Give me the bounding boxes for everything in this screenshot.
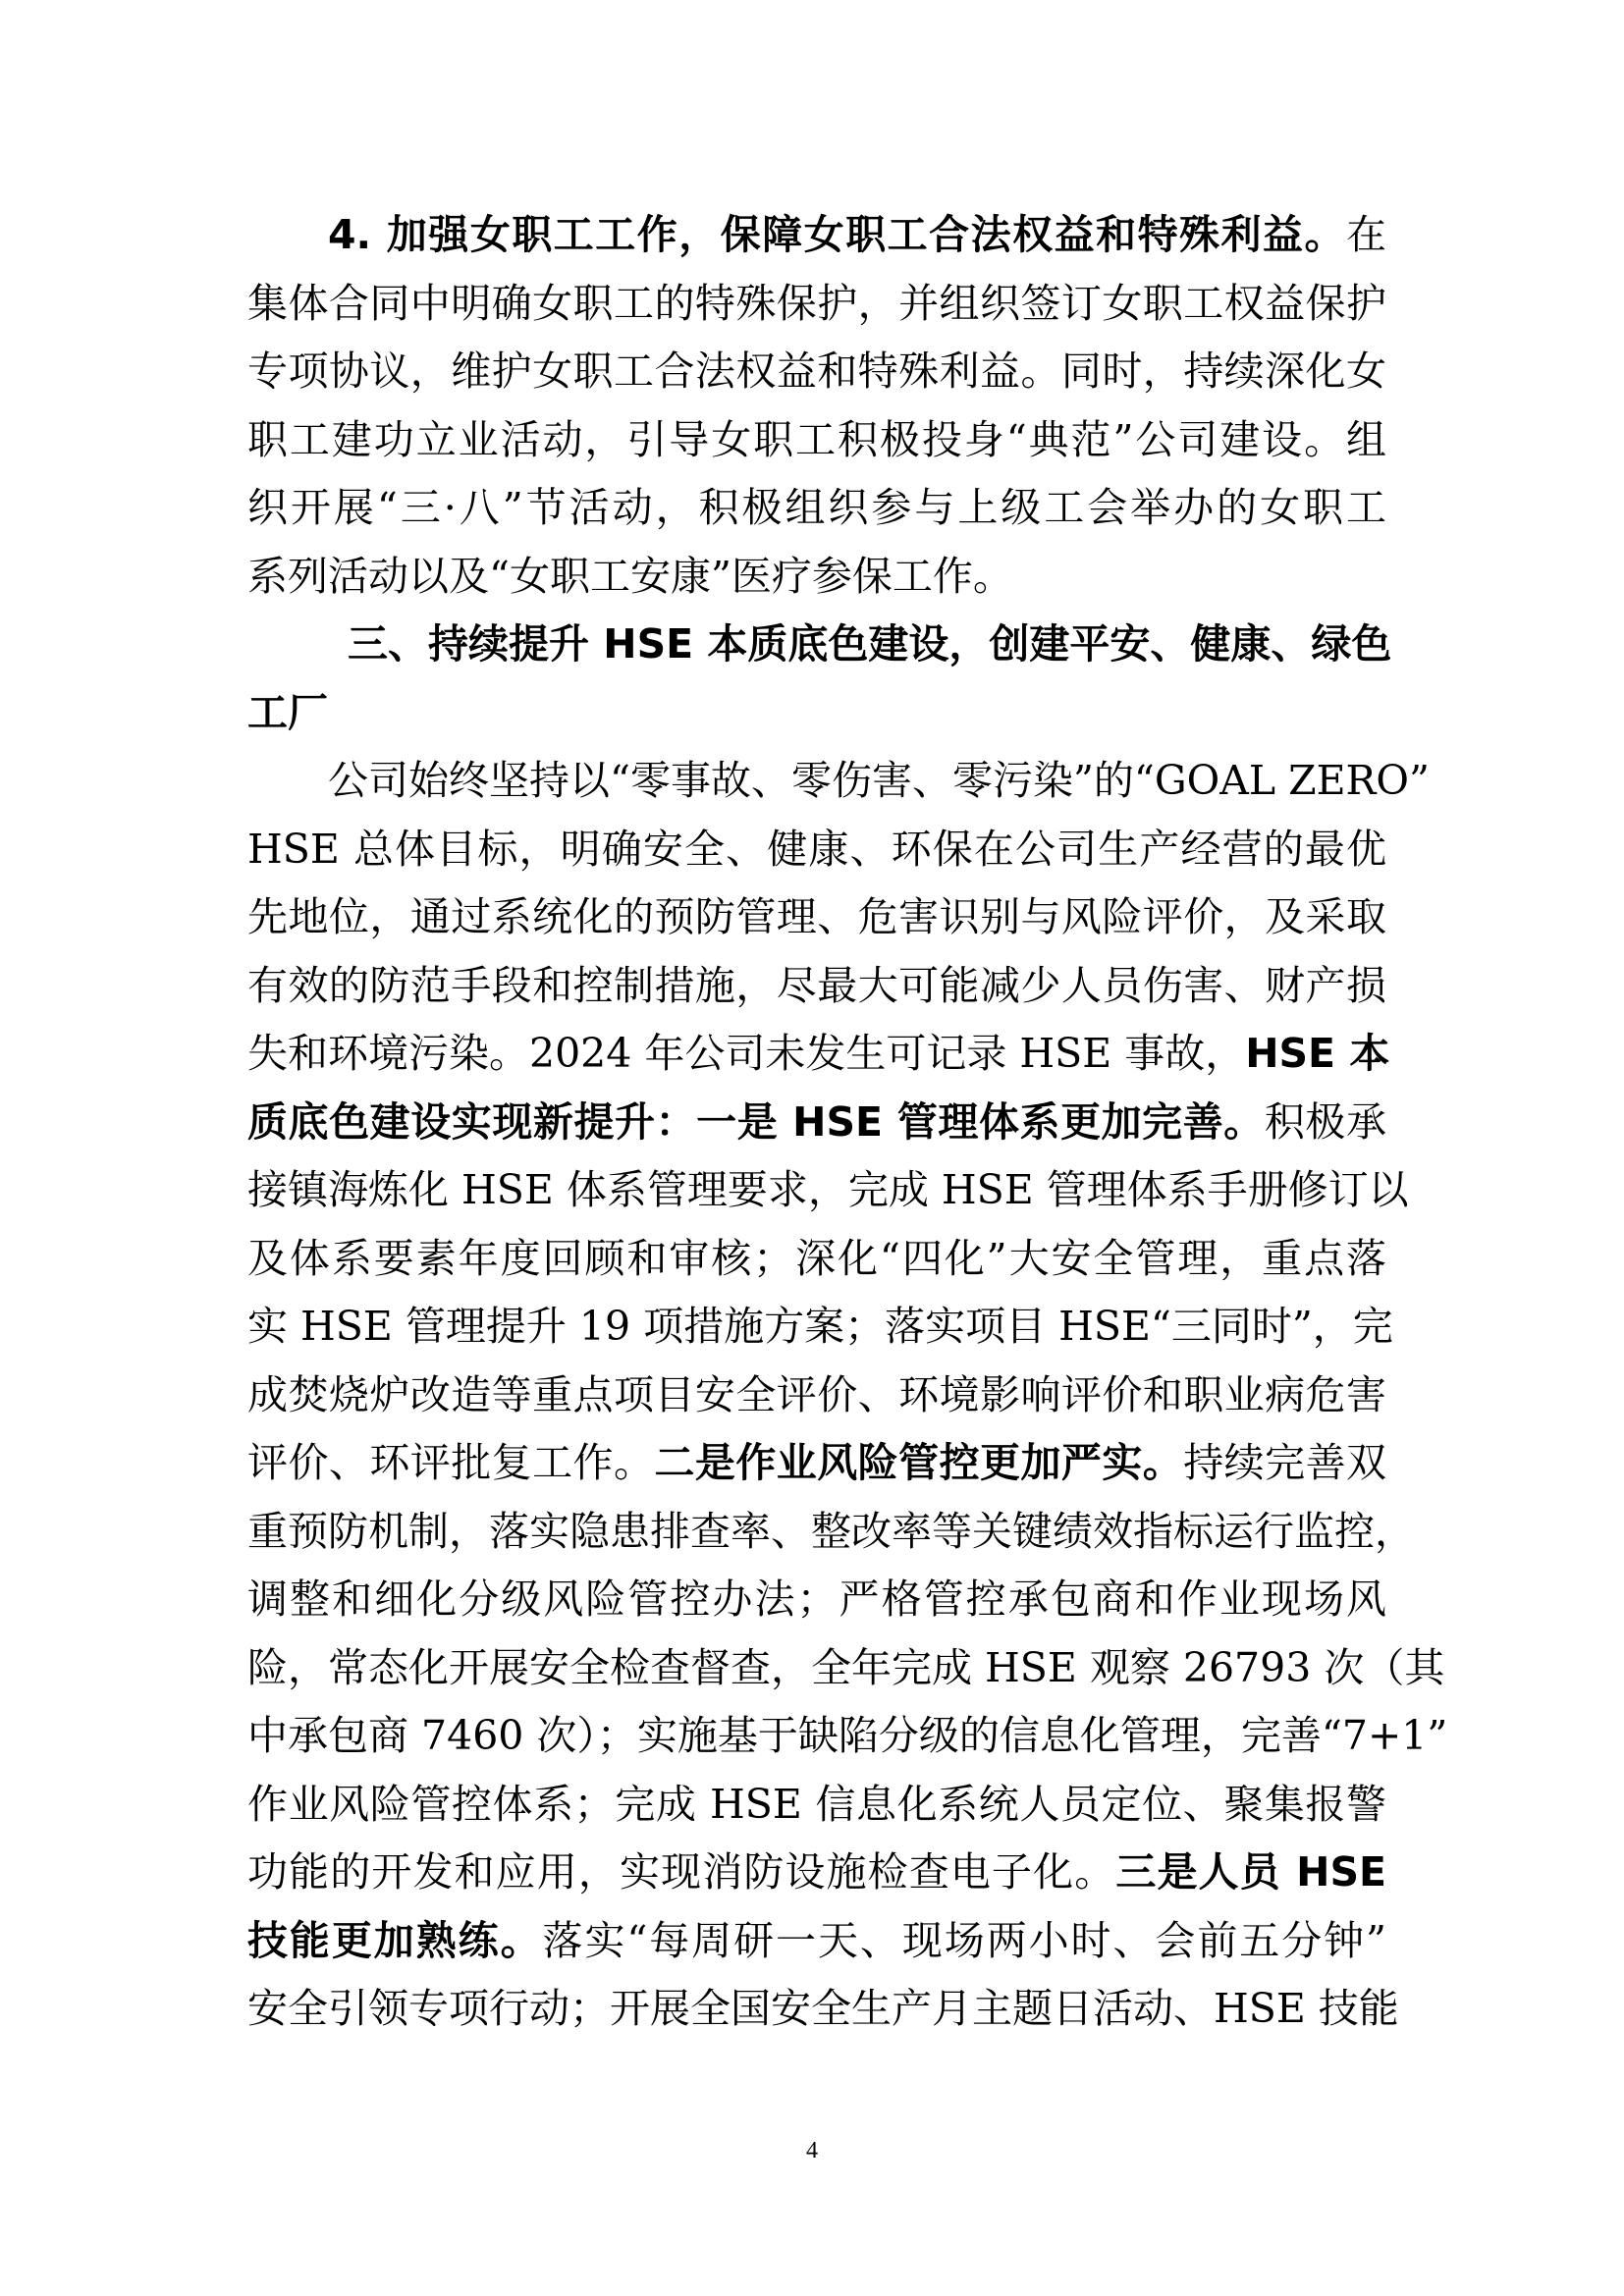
hse-line-11-text-a: 评价、环评批复工作。 bbox=[247, 1439, 654, 1486]
hse-line-5-text: 失和环境污染。2024 年公司未发生可记录 HSE 事故， bbox=[247, 1030, 1245, 1077]
hse-paragraph-line-3: 先地位，通过系统化的预防管理、危害识别与风险评价，及采取 bbox=[247, 883, 1386, 952]
hse-paragraph-line-8: 及体系要素年度回顾和审核；深化“四化”大安全管理，重点落 bbox=[247, 1225, 1386, 1294]
paragraph-4-line-3: 专项协议，维护女职工合法权益和特殊利益。同时，持续深化女 bbox=[247, 338, 1386, 406]
hse-paragraph-line-18: 技能更加熟练。落实“每周研一天、现场两小时、会前五分钟” bbox=[247, 1907, 1386, 1976]
section-heading-line-1: 三、持续提升 HSE 本质底色建设，创建平安、健康、绿色 bbox=[247, 611, 1386, 679]
hse-paragraph-line-7: 接镇海炼化 HSE 体系管理要求，完成 HSE 管理体系手册修订以 bbox=[247, 1156, 1386, 1225]
hse-paragraph-line-1: 公司始终坚持以“零事故、零伤害、零污染”的“GOAL ZERO” bbox=[247, 747, 1386, 816]
hse-paragraph-line-9: 实 HSE 管理提升 19 项措施方案；落实项目 HSE“三同时”，完 bbox=[247, 1293, 1386, 1362]
hse-line-18-text: 落实“每周研一天、现场两小时、会前五分钟” bbox=[543, 1917, 1387, 1964]
hse-paragraph-line-5: 失和环境污染。2024 年公司未发生可记录 HSE 事故，HSE 本 bbox=[247, 1020, 1386, 1089]
hse-line-11-bold: 二是作业风险管控更加严实。 bbox=[654, 1439, 1183, 1486]
hse-paragraph-line-4: 有效的防范手段和控制措施，尽最大可能减少人员伤害、财产损 bbox=[247, 952, 1386, 1021]
hse-paragraph-line-16: 作业风险管控体系；完成 HSE 信息化系统人员定位、聚集报警 bbox=[247, 1771, 1386, 1840]
hse-line-5-bold: HSE 本 bbox=[1245, 1030, 1389, 1077]
page-number: 4 bbox=[0, 2138, 1624, 2164]
hse-paragraph-line-14: 险，常态化开展安全检查督查，全年完成 HSE 观察 26793 次（其 bbox=[247, 1634, 1386, 1703]
paragraph-4-line-5: 织开展“三·八”节活动，积极组织参与上级工会举办的女职工 bbox=[247, 474, 1386, 543]
hse-paragraph-line-15: 中承包商 7460 次）；实施基于缺陷分级的信息化管理，完善“7+1” bbox=[247, 1702, 1386, 1771]
paragraph-4-line-1: 4. 加强女职工工作，保障女职工合法权益和特殊利益。在 bbox=[247, 201, 1386, 270]
hse-paragraph-line-2: HSE 总体目标，明确安全、健康、环保在公司生产经营的最优 bbox=[247, 816, 1386, 884]
paragraph-4-line-6: 系列活动以及“女职工安康”医疗参保工作。 bbox=[247, 543, 1386, 612]
paragraph-4-lead-bold: 4. 加强女职工工作，保障女职工合法权益和特殊利益。 bbox=[328, 211, 1346, 258]
hse-line-6-bold: 质底色建设实现新提升：一是 HSE 管理体系更加完善。 bbox=[247, 1098, 1265, 1146]
paragraph-4-line-4: 职工建功立业活动，引导女职工积极投身“典范”公司建设。组 bbox=[247, 406, 1386, 475]
hse-paragraph-line-11: 评价、环评批复工作。二是作业风险管控更加严实。持续完善双 bbox=[247, 1429, 1386, 1498]
hse-paragraph-line-12: 重预防机制，落实隐患排查率、整改率等关键绩效指标运行监控， bbox=[247, 1498, 1386, 1567]
hse-paragraph-line-13: 调整和细化分级风险管控办法；严格管控承包商和作业现场风 bbox=[247, 1566, 1386, 1634]
hse-line-11-text-b: 持续完善双 bbox=[1183, 1439, 1386, 1486]
hse-line-18-bold: 技能更加熟练。 bbox=[247, 1917, 543, 1964]
hse-paragraph-line-10: 成焚烧炉改造等重点项目安全评价、环境影响评价和职业病危害 bbox=[247, 1362, 1386, 1430]
hse-line-6-text: 积极承 bbox=[1265, 1098, 1386, 1146]
hse-line-17-text: 功能的开发和应用，实现消防设施检查电子化。 bbox=[247, 1848, 1115, 1896]
hse-line-17-bold: 三是人员 HSE bbox=[1115, 1848, 1386, 1896]
section-heading-line-2: 工厂 bbox=[247, 679, 1386, 748]
hse-paragraph-line-6: 质底色建设实现新提升：一是 HSE 管理体系更加完善。积极承 bbox=[247, 1089, 1386, 1157]
document-body: 4. 加强女职工工作，保障女职工合法权益和特殊利益。在 集体合同中明确女职工的特… bbox=[247, 201, 1386, 2044]
hse-paragraph-line-17: 功能的开发和应用，实现消防设施检查电子化。三是人员 HSE bbox=[247, 1839, 1386, 1907]
paragraph-4-line-2: 集体合同中明确女职工的特殊保护，并组织签订女职工权益保护 bbox=[247, 270, 1386, 339]
paragraph-4-lead-rest: 在 bbox=[1346, 211, 1386, 258]
hse-paragraph-line-19: 安全引领专项行动；开展全国安全生产月主题日活动、HSE 技能 bbox=[247, 1975, 1386, 2044]
